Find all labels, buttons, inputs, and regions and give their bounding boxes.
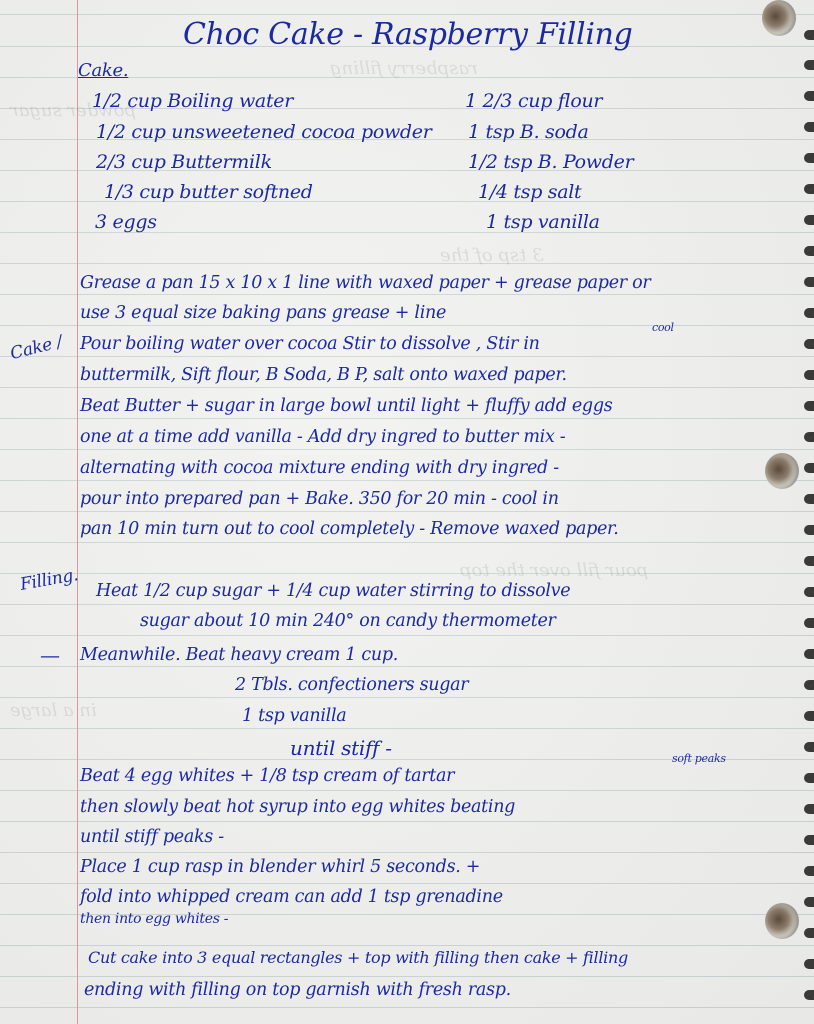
instruction-line: Place 1 cup rasp in blender whirl 5 seco… bbox=[80, 859, 480, 877]
ingredient-item: 2/3 cup Buttermilk bbox=[96, 153, 272, 172]
section-header-cake: Cake. bbox=[78, 62, 128, 80]
annotation-soft-peaks: soft peaks bbox=[672, 753, 726, 764]
instruction-line: Cut cake into 3 equal rectangles + top w… bbox=[88, 950, 628, 966]
margin-dash: — bbox=[40, 645, 60, 665]
spiral-binding bbox=[800, 0, 814, 1024]
instruction-line: then slowly beat hot syrup into egg whit… bbox=[80, 799, 515, 817]
instruction-line: buttermilk, Sift flour, B Soda, B P, sal… bbox=[80, 367, 567, 385]
instruction-line: pour into prepared pan + Bake. 350 for 2… bbox=[80, 491, 559, 509]
punch-hole bbox=[762, 0, 796, 36]
instruction-line: Pour boiling water over cocoa Stir to di… bbox=[80, 336, 540, 354]
recipe-title: Choc Cake - Raspberry Filling bbox=[183, 20, 633, 50]
ingredient-item: 1 tsp vanilla bbox=[486, 213, 600, 232]
ingredient-item: 1 2/3 cup flour bbox=[465, 92, 602, 111]
punch-hole bbox=[765, 903, 799, 939]
bleed-through-text: 3 tsp of the bbox=[440, 245, 544, 266]
instruction-line: Grease a pan 15 x 10 x 1 line with waxed… bbox=[80, 275, 650, 293]
instruction-line: use 3 equal size baking pans grease + li… bbox=[80, 305, 446, 323]
instruction-line: 1 tsp vanilla bbox=[242, 708, 346, 726]
instruction-line: alternating with cocoa mixture ending wi… bbox=[80, 460, 559, 478]
ingredient-item: 1/2 tsp B. Powder bbox=[468, 153, 633, 172]
bleed-through-text: in a large bbox=[10, 700, 97, 721]
instruction-line: then into egg whites - bbox=[80, 912, 228, 926]
ingredient-item: 1 tsp B. soda bbox=[468, 123, 589, 142]
instruction-line: ending with filling on top garnish with … bbox=[84, 982, 511, 1000]
instruction-line: until stiff peaks - bbox=[80, 829, 224, 847]
margin-line bbox=[77, 0, 78, 1024]
instruction-line: pan 10 min turn out to cool completely -… bbox=[80, 521, 618, 539]
bleed-through-text: pour fill over the top bbox=[460, 560, 648, 581]
instruction-line: Heat 1/2 cup sugar + 1/4 cup water stirr… bbox=[96, 583, 570, 601]
ingredient-item: 1/2 cup unsweetened cocoa powder bbox=[96, 123, 432, 142]
instruction-line: one at a time add vanilla - Add dry ingr… bbox=[80, 429, 565, 447]
bleed-through-text: raspberry filling bbox=[330, 58, 478, 79]
margin-label-cake: Cake / bbox=[9, 334, 64, 363]
instruction-line: Meanwhile. Beat heavy cream 1 cup. bbox=[80, 647, 398, 665]
notebook-page: raspberry filling powder sugar 3 tsp of … bbox=[0, 0, 814, 1024]
annotation-cool: cool bbox=[652, 322, 674, 333]
ingredient-item: 1/4 tsp salt bbox=[478, 183, 581, 202]
ingredient-item: 1/3 cup butter softned bbox=[104, 183, 313, 202]
margin-label-filling: Filling. bbox=[19, 567, 79, 594]
instruction-line: until stiff - bbox=[290, 738, 392, 758]
instruction-line: sugar about 10 min 240° on candy thermom… bbox=[140, 613, 556, 631]
ingredient-item: 3 eggs bbox=[95, 213, 157, 232]
instruction-line: 2 Tbls. confectioners sugar bbox=[235, 677, 468, 695]
instruction-line: fold into whipped cream can add 1 tsp gr… bbox=[80, 889, 503, 907]
instruction-line: Beat Butter + sugar in large bowl until … bbox=[80, 398, 612, 416]
ingredient-item: 1/2 cup Boiling water bbox=[92, 92, 293, 111]
punch-hole bbox=[765, 453, 799, 489]
instruction-line: Beat 4 egg whites + 1/8 tsp cream of tar… bbox=[80, 768, 454, 786]
